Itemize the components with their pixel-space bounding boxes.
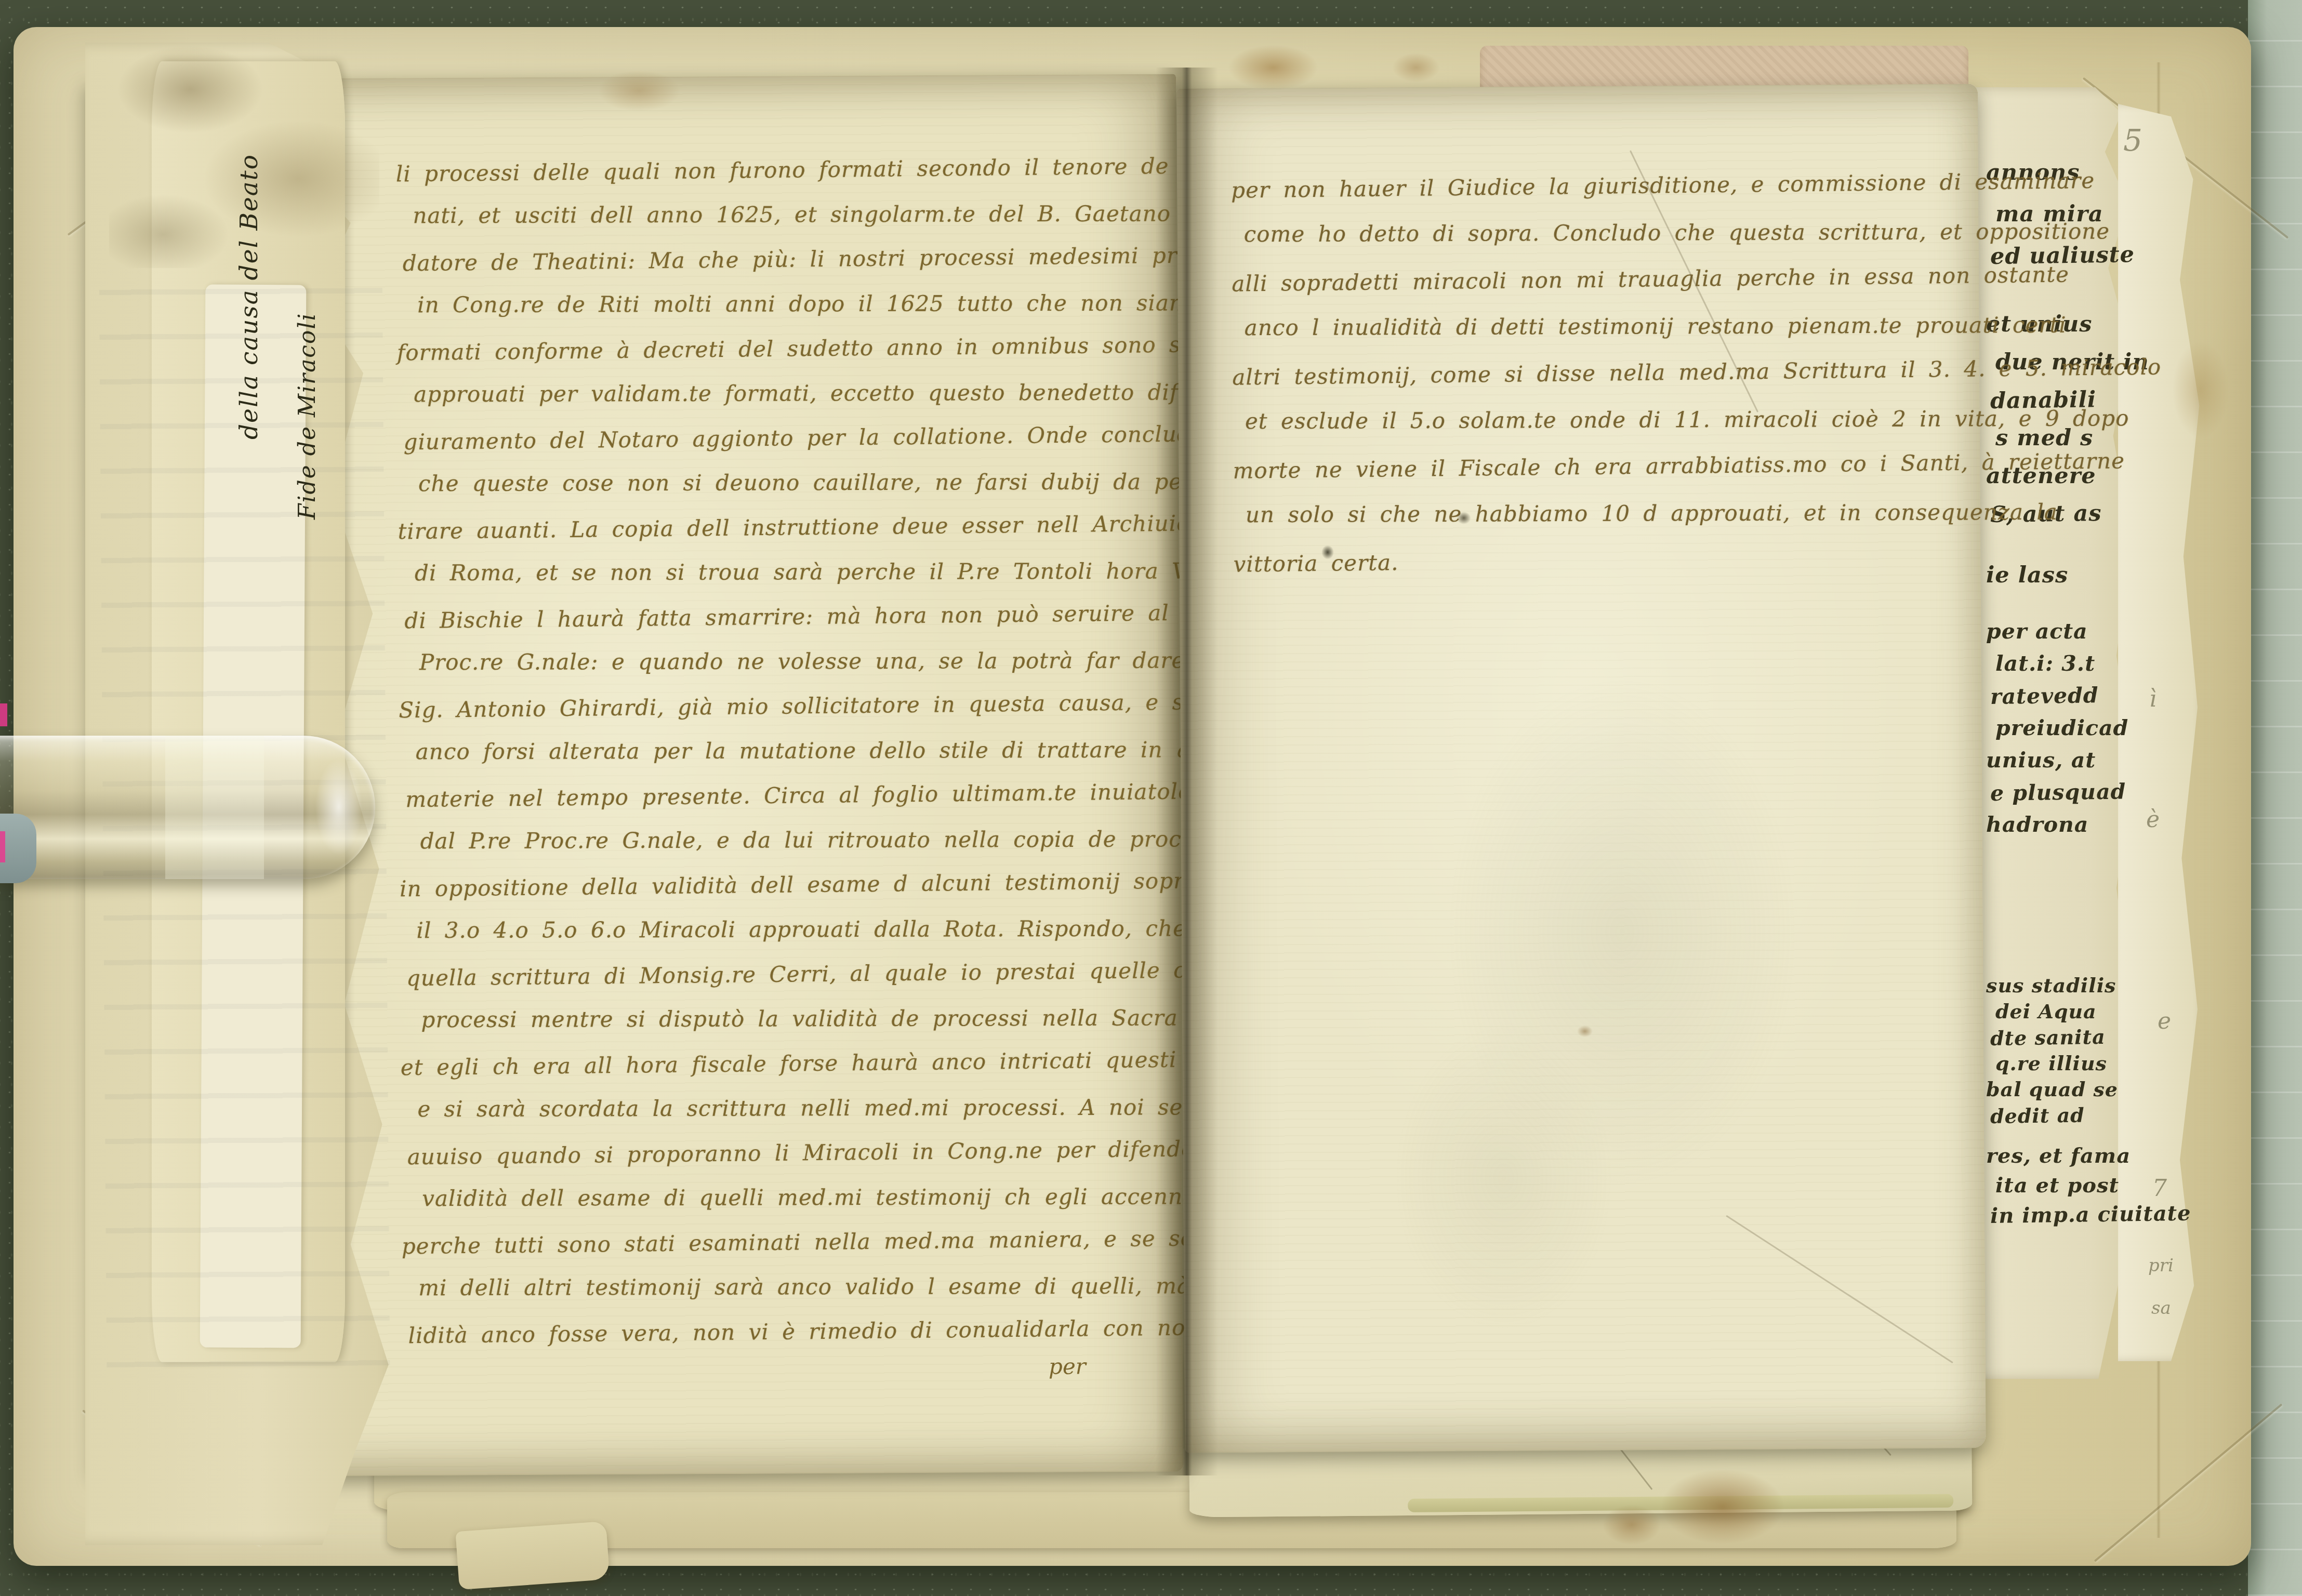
manuscript-line: processi mentre si disputò la validità d… bbox=[421, 995, 1190, 1042]
margin-fragment: in imp.a ciuitate bbox=[1990, 1199, 2142, 1231]
stain bbox=[1590, 1496, 1673, 1553]
margin-fragment: unius, at bbox=[1986, 744, 2142, 776]
left-page-text: li processi delle quali non furono forma… bbox=[396, 145, 1192, 1356]
manuscript-line: alli sopradetti miracoli non mi trauagli… bbox=[1232, 252, 1939, 307]
stain bbox=[2162, 322, 2240, 457]
manuscript-line: Sig. Antonio Ghirardi, già mio sollicita… bbox=[399, 680, 1189, 733]
manuscript-line: di Roma, et se non si troua sarà perche … bbox=[415, 549, 1188, 595]
right-page: per non hauer il Giudice la giurisdition… bbox=[1176, 84, 1986, 1453]
manuscript-line: un solo si che ne habbiamo 10 d approuat… bbox=[1246, 489, 1940, 539]
manuscript-line: formati conforme à decreti del sudetto a… bbox=[396, 322, 1187, 375]
margin-note-cluster: per actalat.i: 3.trateveddpreiudicaduniu… bbox=[1986, 615, 2142, 841]
manuscript-line: anco l inualidità di detti testimonij re… bbox=[1245, 302, 1939, 352]
manuscript-line: lidità anco fosse vera, non vi è rimedio… bbox=[408, 1305, 1192, 1358]
scan-edge-artifact bbox=[0, 831, 5, 862]
margin-fragment: sus stadilis bbox=[1986, 973, 2142, 999]
margin-fragment: ratevedd bbox=[1990, 679, 2142, 713]
manuscript-photo: p.il mese di maggio passato la ta… annon… bbox=[0, 0, 2302, 1596]
margin-fragment: res, et fama bbox=[1986, 1141, 2142, 1171]
manuscript-line: come ho detto di sopra. Concludo che que… bbox=[1244, 209, 1938, 258]
margin-note-cluster: sus stadilisdei Aquadte sanitaq.re illiu… bbox=[1986, 973, 2142, 1128]
manuscript-line: perche tutti sono stati esaminati nella … bbox=[401, 1216, 1192, 1269]
manuscript-line: validità dell esame di quelli med.mi tes… bbox=[422, 1174, 1191, 1221]
margin-fragment: bal quad se bbox=[1986, 1076, 2142, 1102]
manuscript-line: dal P.re Proc.re G.nale, e da lui ritrou… bbox=[420, 817, 1189, 863]
margin-fragment: ita et post bbox=[1995, 1171, 2142, 1200]
manuscript-line: tirare auanti. La copia dell instruttion… bbox=[398, 501, 1188, 554]
margin-fragment: per acta bbox=[1986, 615, 2142, 647]
manuscript-line: approuati per validam.te formati, eccett… bbox=[414, 370, 1187, 417]
manuscript-line: il 3.o 4.o 5.o 6.o Miracoli approuati da… bbox=[416, 906, 1189, 953]
margin-fragment: dei Aqua bbox=[1995, 999, 2142, 1025]
margin-note-cluster: res, et famaita et postin imp.a ciuitate bbox=[1986, 1141, 2142, 1230]
manuscript-line: materie nel tempo presente. Circa al fog… bbox=[405, 769, 1189, 822]
manuscript-line: mi delli altri testimonij sarà anco vali… bbox=[418, 1263, 1192, 1310]
glass-weight-rod bbox=[0, 736, 375, 879]
margin-note-cluster: ie lass bbox=[1986, 557, 2142, 593]
manuscript-line: morte ne viene il Fiscale ch era arrabbi… bbox=[1233, 440, 1940, 494]
stain bbox=[1575, 1023, 1595, 1039]
gutter-shadow bbox=[1156, 68, 1218, 1475]
manuscript-line: e si sarà scordata la scrittura nelli me… bbox=[417, 1085, 1190, 1132]
manuscript-line: giuramento del Notaro aggionto per la co… bbox=[403, 411, 1187, 464]
manuscript-line: altri testimonij, come si disse nella me… bbox=[1232, 346, 1939, 401]
stain bbox=[1382, 47, 1450, 88]
manuscript-line: in oppositione della validità dell esame… bbox=[400, 858, 1190, 911]
manuscript-line: di Bischie l haurà fatta smarrire: mà ho… bbox=[404, 590, 1188, 643]
margin-fragment: lat.i: 3.t bbox=[1995, 647, 2142, 680]
torn-paper-tab bbox=[455, 1521, 610, 1590]
manuscript-line: che queste cose non si deuono cauillare,… bbox=[418, 459, 1187, 506]
scan-edge-artifact bbox=[0, 703, 7, 726]
stain bbox=[1211, 36, 1335, 99]
manuscript-line: anco forsi alterata per la mutatione del… bbox=[416, 727, 1189, 774]
strip-crumple-shading bbox=[109, 45, 379, 268]
manuscript-line: vittoria certa. bbox=[1233, 533, 1940, 588]
margin-fragment: ie lass bbox=[1986, 557, 2142, 593]
margin-fragment: hadrona bbox=[1986, 808, 2142, 841]
manuscript-line: auuiso quando si proporanno li Miracoli … bbox=[407, 1126, 1191, 1179]
stain bbox=[582, 62, 696, 119]
manuscript-line: quella scrittura di Monsig.re Cerri, al … bbox=[406, 948, 1190, 1001]
manuscript-line: et esclude il 5.o solam.te onde di 11. m… bbox=[1245, 396, 1939, 445]
manuscript-line: et egli ch era all hora fiscale forse ha… bbox=[400, 1037, 1190, 1090]
margin-fragment: dedit ad bbox=[1990, 1101, 2142, 1129]
manuscript-line: datore de Theatini: Ma che più: li nostr… bbox=[402, 233, 1186, 286]
margin-fragment: q.re illius bbox=[1995, 1050, 2142, 1076]
manuscript-line: in Cong.re de Riti molti anni dopo il 16… bbox=[417, 281, 1186, 327]
manuscript-line: Proc.re G.nale: e quando ne volesse una,… bbox=[419, 638, 1188, 685]
right-page-text: per non hauer il Giudice la giurisdition… bbox=[1231, 161, 1940, 586]
margin-fragment: preiudicad bbox=[1995, 712, 2142, 744]
margin-fragment: e plusquad bbox=[1990, 775, 2142, 809]
ink-blot bbox=[1455, 510, 1473, 526]
scan-bed-edge bbox=[2248, 0, 2302, 1596]
manuscript-line: li processi delle quali non furono forma… bbox=[395, 143, 1186, 196]
ink-blot bbox=[1320, 543, 1335, 561]
glass-rod-tip bbox=[0, 814, 36, 883]
catchword: per bbox=[1049, 1353, 1086, 1379]
margin-fragment: dte sanita bbox=[1990, 1023, 2142, 1052]
manuscript-line: nati, et usciti dell anno 1625, et singo… bbox=[413, 191, 1186, 238]
manuscript-line: per non hauer il Giudice la giurisdition… bbox=[1231, 159, 1938, 214]
